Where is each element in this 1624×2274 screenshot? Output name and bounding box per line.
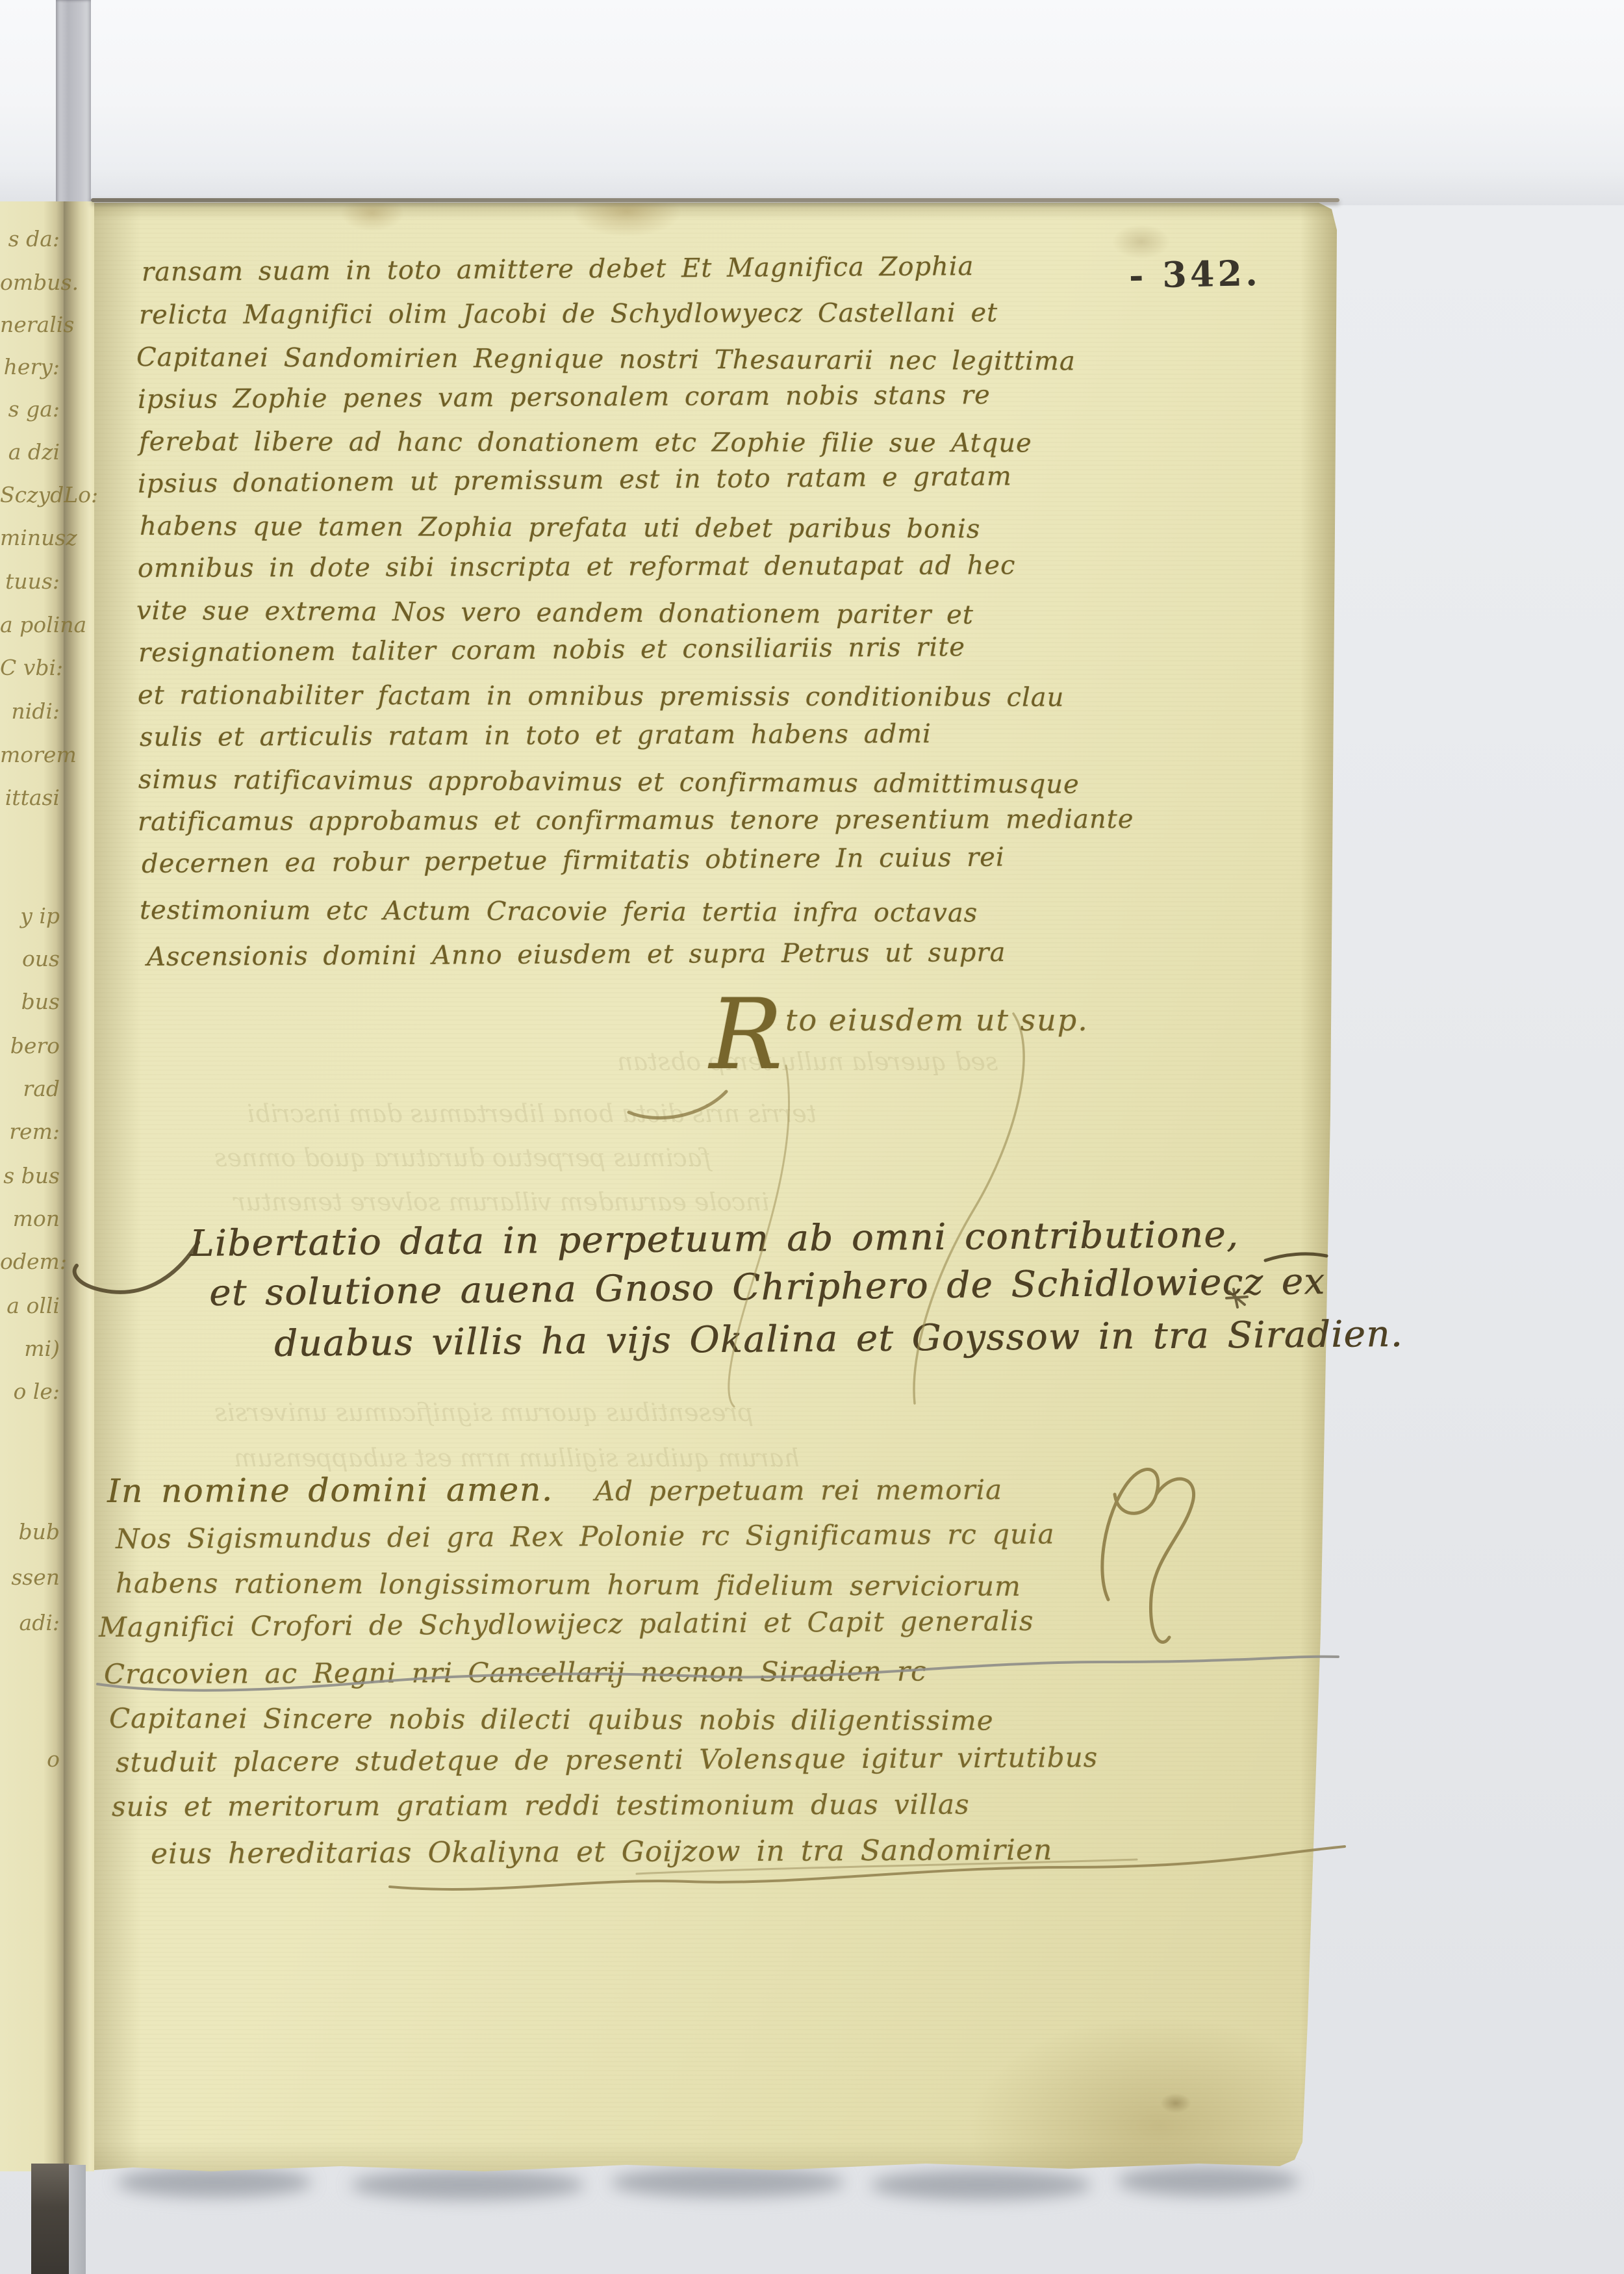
manuscript-page xyxy=(94,203,1338,2171)
margin-fragment: morem xyxy=(0,742,60,767)
incipit: In nomine domini amen. xyxy=(107,1471,553,1510)
page-shadow xyxy=(351,2170,585,2200)
margin-fragment: bero xyxy=(0,1033,60,1058)
bookmark-ribbon-bottom xyxy=(31,2164,69,2274)
margin-fragment: adi: xyxy=(0,1610,60,1635)
folio-number: - 342. xyxy=(1128,252,1261,296)
text-line: ferebat libere ad hanc donationem etc Zo… xyxy=(139,427,1032,458)
margin-fragment: ssen xyxy=(0,1565,60,1590)
margin-fragment: s bus xyxy=(0,1163,60,1188)
margin-fragment: o xyxy=(0,1746,60,1772)
show-through-text: facimus perpetuo duratura quod omnes xyxy=(214,1143,711,1172)
backing-sheet xyxy=(0,0,1624,205)
margin-fragment: bus xyxy=(0,989,60,1014)
text-line: In nomine domini amen.Ad perpetuam rei m… xyxy=(107,1469,1002,1510)
text-line: studuit placere studetque de presenti Vo… xyxy=(116,1741,1098,1778)
margin-fragment: o le: xyxy=(0,1379,60,1404)
page-shadow xyxy=(611,2167,844,2197)
page-top-edge xyxy=(91,198,1339,202)
show-through-text: harum quibus sigillum nrm est subappensu… xyxy=(234,1444,800,1472)
margin-fragment: a polina xyxy=(0,612,60,637)
margin-fragment: s ga: xyxy=(0,396,60,422)
page-shadow xyxy=(1117,2166,1299,2196)
text-line: ransam suam in toto amittere debet Et Ma… xyxy=(142,251,974,287)
margin-fragment: a olli xyxy=(0,1293,60,1318)
show-through-text: terris nris dicta bona libertamus dam in… xyxy=(247,1099,817,1128)
margin-fragment: C vbi: xyxy=(0,655,60,680)
margin-fragment: a dzi xyxy=(0,439,60,465)
text-line: ipsius Zophie penes vam personalem coram… xyxy=(138,380,991,415)
text-line: Ascensionis domini Anno eiusdem et supra… xyxy=(147,938,1006,972)
text-line: et rationabiliter factam in omnibus prem… xyxy=(138,680,1065,713)
margin-fragment: s da: xyxy=(0,226,60,251)
margin-fragment: mi) xyxy=(0,1336,60,1361)
text-line: Capitanei Sandomirien Regnique nostri Th… xyxy=(136,342,1076,376)
signature-text: to eiusdem ut sup. xyxy=(785,1003,1089,1038)
text-line: Nos Sigismundus dei gra Rex Polonie rc S… xyxy=(116,1518,1055,1555)
text-line: vite sue extrema Nos vero eandem donatio… xyxy=(136,596,974,630)
margin-fragment: rem: xyxy=(0,1119,60,1144)
margin-fragment: bub xyxy=(0,1519,60,1544)
incipit-rest: Ad perpetuam rei memoria xyxy=(595,1474,1003,1507)
text-line: relicta Magnifici olim Jacobi de Schydlo… xyxy=(139,298,998,330)
text-line: testimonium etc Actum Cracovie feria ter… xyxy=(140,895,978,928)
margin-fragment: tuus: xyxy=(0,568,60,594)
margin-fragment: ous xyxy=(0,946,60,971)
margin-fragment: y ip xyxy=(0,903,60,928)
text-line: habens rationem longissimorum horum fide… xyxy=(116,1567,1021,1602)
text-line: Cracovien ac Regni nri Cancellarij necno… xyxy=(104,1655,927,1690)
ribbon-edge-highlight xyxy=(69,2165,86,2274)
text-line: resignationem taliter coram nobis et con… xyxy=(138,632,965,668)
margin-fragment: mon xyxy=(0,1206,60,1231)
text-line: simus ratificavimus approbavimus et conf… xyxy=(138,765,1080,800)
manuscript-scan: - 342. s da: ombus. neralis hery: s ga: … xyxy=(0,0,1624,2274)
margin-fragment: rad xyxy=(0,1076,60,1101)
show-through-text: incole earundem villarum solvere tenentu… xyxy=(234,1188,769,1216)
text-line: omnibus in dote sibi inscripta et reform… xyxy=(138,550,1016,583)
page-shadow xyxy=(117,2167,312,2197)
relatio-signature: Rto eiusdem ut sup. xyxy=(709,986,1086,1084)
text-line: sulis et articulis ratam in toto et grat… xyxy=(140,719,932,752)
margin-fragment: ittasi xyxy=(0,785,60,810)
text-line: ratificamus approbamus et confirmamus te… xyxy=(138,804,1134,837)
text-line: suis et meritorum gratiam reddi testimon… xyxy=(112,1789,970,1822)
margin-fragment: ombus. xyxy=(0,270,60,295)
margin-fragment: hery: xyxy=(0,354,60,379)
text-line: habens que tamen Zophia prefata uti debe… xyxy=(140,511,981,544)
text-line: eius hereditarias Okaliyna et Goijzow in… xyxy=(151,1833,1053,1871)
page-shadow xyxy=(870,2170,1091,2200)
folio-prefix: - xyxy=(1128,255,1147,297)
margin-fragment: nidi: xyxy=(0,698,60,724)
bookmark-ribbon-top xyxy=(56,0,91,205)
text-line: Capitanei Sincere nobis dilecti quibus n… xyxy=(109,1702,994,1737)
text-line: Magnifici Crofori de Schydlowijecz palat… xyxy=(99,1605,1034,1643)
signature-initial: R xyxy=(709,978,783,1092)
folio-value: 342 xyxy=(1162,252,1246,296)
show-through-text: presentibus quorum significamus universi… xyxy=(214,1398,754,1427)
margin-fragment: odem: xyxy=(0,1249,60,1274)
margin-fragment: SczydLo: xyxy=(0,482,60,507)
margin-fragment: minusz xyxy=(0,525,60,550)
margin-fragment: neralis xyxy=(0,312,60,337)
folio-suffix: . xyxy=(1245,252,1261,294)
